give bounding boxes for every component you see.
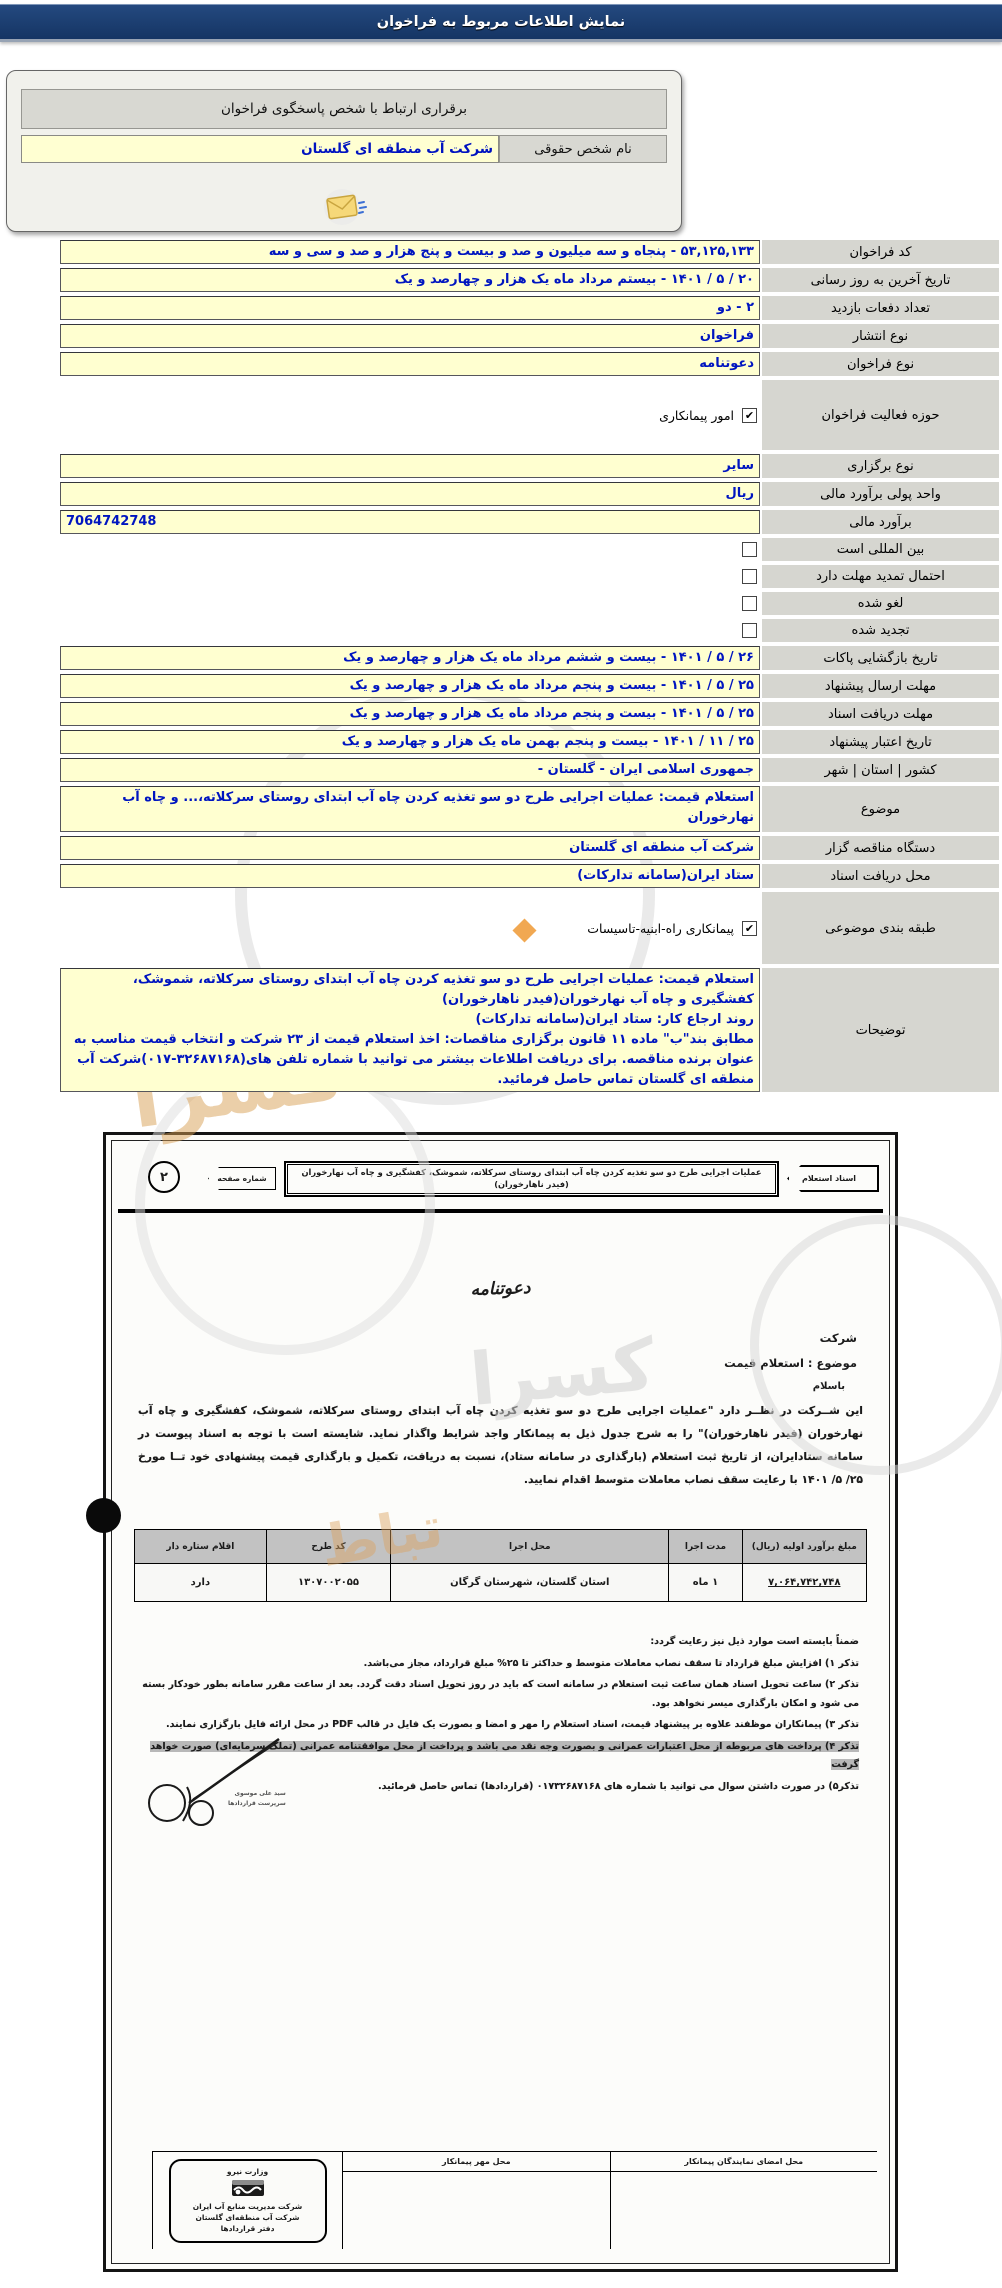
doc-note-intro: ضمناً بایسته است موارد ذیل نیز رعایت گرد… <box>138 1633 859 1652</box>
row-label: حوزه فعالیت فراخوان <box>762 380 999 450</box>
checkbox-checked[interactable]: ✔ <box>742 921 757 936</box>
row-label: کشور | استان | شهر <box>762 758 999 782</box>
row-label: محل دریافت اسناد <box>762 864 999 888</box>
doc-table-header: مبلغ برآورد اولیه (ریال) <box>742 1530 866 1564</box>
checkbox-unchecked[interactable] <box>742 542 757 557</box>
email-icon[interactable] <box>318 187 370 231</box>
row-label: مهلت ارسال پیشنهاد <box>762 674 999 698</box>
contact-box-header: برقراری ارتباط با شخص پاسخگوی فراخوان <box>21 89 667 129</box>
table-row: تجدید شده <box>60 619 999 642</box>
row-label: نوع برگزاری <box>762 454 999 478</box>
punch-hole-mark <box>86 1498 121 1533</box>
table-row: دستگاه مناقصه گزار شرکت آب منطقه ای گلست… <box>60 836 999 860</box>
checkbox-unchecked[interactable] <box>742 596 757 611</box>
legal-name-field: شرکت آب منطقه ای گلستان <box>21 135 499 163</box>
water-company-logo-icon <box>231 2179 265 2200</box>
row-label: تجدید شده <box>762 619 999 642</box>
row-label: طبقه بندی موضوعی <box>762 892 999 964</box>
row-value: ۲۶ / ۵ / ۱۴۰۱ - بیست و ششم مرداد ماه یک … <box>60 646 760 670</box>
org-line-4: دفتر قراردادها <box>221 2223 275 2234</box>
footer-sign-header: محل امضای نمایندگان پیمانکار <box>611 2152 878 2172</box>
description-line: روند ارجاع کار: ستاد ایران(سامانه تدارکا… <box>66 1010 754 1030</box>
table-row: بین المللی است <box>60 538 999 561</box>
footer-org-cell: وزارت نیرو شرکت مدیریت منابع آب ایران شر… <box>152 2152 342 2249</box>
doc-note-1: تذکر ۱) افزایش مبلغ قرارداد تا سقف نصاب … <box>138 1655 859 1674</box>
table-row: کشور | استان | شهر جمهوری اسلامی ایران -… <box>60 758 999 782</box>
table-row: کد فراخوان ۵۳,۱۲۵,۱۳۳ - پنجاه و سه میلیو… <box>60 240 999 264</box>
table-row: توضیحات استعلام قیمت: عملیات اجرایی طرح … <box>60 968 999 1092</box>
row-label: تعداد دفعات بازدید <box>762 296 999 320</box>
doc-divider <box>118 1209 883 1213</box>
row-label: بین المللی است <box>762 538 999 561</box>
row-value: ۲ - دو <box>60 296 760 320</box>
row-label: کد فراخوان <box>762 240 999 264</box>
call-info-table: کد فراخوان ۵۳,۱۲۵,۱۳۳ - پنجاه و سه میلیو… <box>60 240 999 1096</box>
doc-estimate-table: مبلغ برآورد اولیه (ریال) مدت اجرا محل اج… <box>134 1529 867 1602</box>
table-row: احتمال تمدید مهلت دارد <box>60 565 999 588</box>
footer-signature-column: محل امضای نمایندگان پیمانکار <box>610 2152 878 2249</box>
table-row: تاریخ بازگشایی پاکات ۲۶ / ۵ / ۱۴۰۱ - بیس… <box>60 646 999 670</box>
row-value: 7064742748 <box>60 510 760 534</box>
row-value: ۲۵ / ۵ / ۱۴۰۱ - بیست و پنجم مرداد ماه یک… <box>60 702 760 726</box>
checkbox-option-label: پیمانکاری راه-ابنیه-تاسیسات <box>587 921 734 936</box>
document-inner-frame: اسناد استعلام عملیات اجرایی طرح دو سو تغ… <box>111 1140 890 2264</box>
signature-text: سید علی موسوی سرپرست قراردادها <box>228 1789 286 1808</box>
row-label: تاریخ آخرین به روز رسانی <box>762 268 999 292</box>
doc-body-paragraph: این شــرکت در نظــر دارد "عملیات اجرایی … <box>138 1399 863 1491</box>
doc-plan-code: ۱۳۰۷۰۰۲۰۵۵ <box>266 1564 390 1602</box>
table-row: مهلت دریافت اسناد ۲۵ / ۵ / ۱۴۰۱ - بیست و… <box>60 702 999 726</box>
description-line: مطابق بند"ب" ماده ۱۱ قانون برگزاری مناقص… <box>66 1030 754 1090</box>
row-value: ریال <box>60 482 760 506</box>
table-row: نوع انتشار فراخوان <box>60 324 999 348</box>
scanned-document: اسناد استعلام عملیات اجرایی طرح دو سو تغ… <box>103 1132 898 2272</box>
row-value: سایر <box>60 454 760 478</box>
row-value: شرکت آب منطقه ای گلستان <box>60 836 760 860</box>
org-stamp-box: وزارت نیرو شرکت مدیریت منابع آب ایران شر… <box>169 2159 327 2243</box>
row-label: نوع فراخوان <box>762 352 999 376</box>
table-row: طبقه بندی موضوعی ✔ پیمانکاری راه-ابنیه-ت… <box>60 892 999 964</box>
doc-header-title: عملیات اجرایی طرح دو سو تغذیه کردن چاه آ… <box>284 1161 779 1197</box>
contact-box: برقراری ارتباط با شخص پاسخگوی فراخوان نا… <box>6 70 682 232</box>
row-label: برآورد مالی <box>762 510 999 534</box>
row-label: دستگاه مناقصه گزار <box>762 836 999 860</box>
row-label: مهلت دریافت اسناد <box>762 702 999 726</box>
description-line: استعلام قیمت: عملیات اجرایی طرح دو سو تغ… <box>66 970 754 1010</box>
row-value: فراخوان <box>60 324 760 348</box>
table-row: لغو شده <box>60 592 999 615</box>
doc-table-header: مدت اجرا <box>669 1530 742 1564</box>
signature-block: سید علی موسوی سرپرست قراردادها <box>142 1737 289 1847</box>
table-row: برآورد مالی 7064742748 <box>60 510 999 534</box>
doc-table-header: کد طرح <box>266 1530 390 1564</box>
doc-note-3: تذکر ۳) پیمانکاران موظفند علاوه بر پیشنه… <box>138 1716 859 1735</box>
doc-page-label: شماره صفحه <box>208 1167 276 1190</box>
legal-name-label: نام شخص حقوقی <box>499 135 667 163</box>
page-title: نمایش اطلاعات مربوط به فراخوان <box>0 4 1002 42</box>
row-value: ۲۵ / ۵ / ۱۴۰۱ - بیست و پنجم مرداد ماه یک… <box>60 674 760 698</box>
row-label: لغو شده <box>762 592 999 615</box>
row-label: احتمال تمدید مهلت دارد <box>762 565 999 588</box>
row-label: واحد پولی برآورد مالی <box>762 482 999 506</box>
table-row: نوع برگزاری سایر <box>60 454 999 478</box>
table-row: محل دریافت اسناد ستاد ایران(سامانه تدارک… <box>60 864 999 888</box>
table-row: موضوع استعلام قیمت: عملیات اجرایی طرح دو… <box>60 786 999 832</box>
table-row: تاریخ اعتبار پیشنهاد ۲۵ / ۱۱ / ۱۴۰۱ - بی… <box>60 730 999 754</box>
checkbox-unchecked[interactable] <box>742 569 757 584</box>
row-label: نوع انتشار <box>762 324 999 348</box>
checkbox-checked[interactable]: ✔ <box>742 408 757 423</box>
checkbox-option-label: امور پیمانکاری <box>659 408 734 423</box>
row-label: تاریخ بازگشایی پاکات <box>762 646 999 670</box>
row-value: استعلام قیمت: عملیات اجرایی طرح دو سو تغ… <box>60 786 760 832</box>
doc-duration: ۱ ماه <box>669 1564 742 1602</box>
table-row: نوع فراخوان دعوتنامه <box>60 352 999 376</box>
row-value: ۲۵ / ۱۱ / ۱۴۰۱ - بیست و پنجم بهمن ماه یک… <box>60 730 760 754</box>
doc-location: استان گلستان، شهرستان گرگان <box>391 1564 669 1602</box>
footer-stamp-header: محل مهر پیمانکار <box>343 2152 610 2172</box>
org-line-3: شرکت آب منطقه‌ای گلستان <box>195 2212 299 2223</box>
doc-recipient: شرکت <box>820 1331 857 1345</box>
doc-letter-type: دعوتنامه <box>112 1265 889 1312</box>
org-line-1: وزارت نیرو <box>227 2166 268 2177</box>
doc-salutation: باسلام <box>813 1381 845 1392</box>
row-value: ستاد ایران(سامانه تدارکات) <box>60 864 760 888</box>
doc-estimate-amount: ۷,۰۶۴,۷۴۲,۷۴۸ <box>742 1564 866 1602</box>
page: { "title_bar": {"title": "نمایش اطلاعات … <box>0 0 1002 2288</box>
row-value: دعوتنامه <box>60 352 760 376</box>
table-row: تاریخ آخرین به روز رسانی ۲۰ / ۵ / ۱۴۰۱ -… <box>60 268 999 292</box>
doc-page-number: ۲ <box>148 1161 180 1193</box>
doc-subject: موضوع : استعلام قیمت <box>724 1356 857 1370</box>
table-row: تعداد دفعات بازدید ۲ - دو <box>60 296 999 320</box>
footer-sign-area <box>611 2172 878 2249</box>
doc-tab-documents: اسناد استعلام <box>787 1165 879 1192</box>
table-row: حوزه فعالیت فراخوان ✔ امور پیمانکاری <box>60 380 999 450</box>
footer-stamp-area <box>343 2172 610 2249</box>
doc-starred-items: دارد <box>135 1564 267 1602</box>
row-label: توضیحات <box>762 968 999 1092</box>
doc-table-header: محل اجرا <box>391 1530 669 1564</box>
row-label: تاریخ اعتبار پیشنهاد <box>762 730 999 754</box>
doc-table-header: اقلام ستاره دار <box>135 1530 267 1564</box>
table-row: واحد پولی برآورد مالی ریال <box>60 482 999 506</box>
doc-note-2: تذکر ۲) ساعت تحویل اسناد همان ساعت ثبت ا… <box>138 1676 859 1713</box>
row-label: موضوع <box>762 786 999 832</box>
footer-stamp-column: محل مهر پیمانکار <box>342 2152 610 2249</box>
row-value-description: استعلام قیمت: عملیات اجرایی طرح دو سو تغ… <box>60 968 760 1092</box>
org-line-2: شرکت مدیریت منابع آب ایران <box>193 2201 303 2212</box>
table-row: مهلت ارسال پیشنهاد ۲۵ / ۵ / ۱۴۰۱ - بیست … <box>60 674 999 698</box>
checkbox-unchecked[interactable] <box>742 623 757 638</box>
doc-table-row: ۷,۰۶۴,۷۴۲,۷۴۸ ۱ ماه استان گلستان، شهرستا… <box>135 1564 867 1602</box>
row-value: جمهوری اسلامی ایران - گلستان - <box>60 758 760 782</box>
row-value: ۵۳,۱۲۵,۱۳۳ - پنجاه و سه میلیون و صد و بی… <box>60 240 760 264</box>
doc-footer-table: محل امضای نمایندگان پیمانکار محل مهر پیم… <box>152 2151 877 2249</box>
row-value: ۲۰ / ۵ / ۱۴۰۱ - بیستم مرداد ماه یک هزار … <box>60 268 760 292</box>
